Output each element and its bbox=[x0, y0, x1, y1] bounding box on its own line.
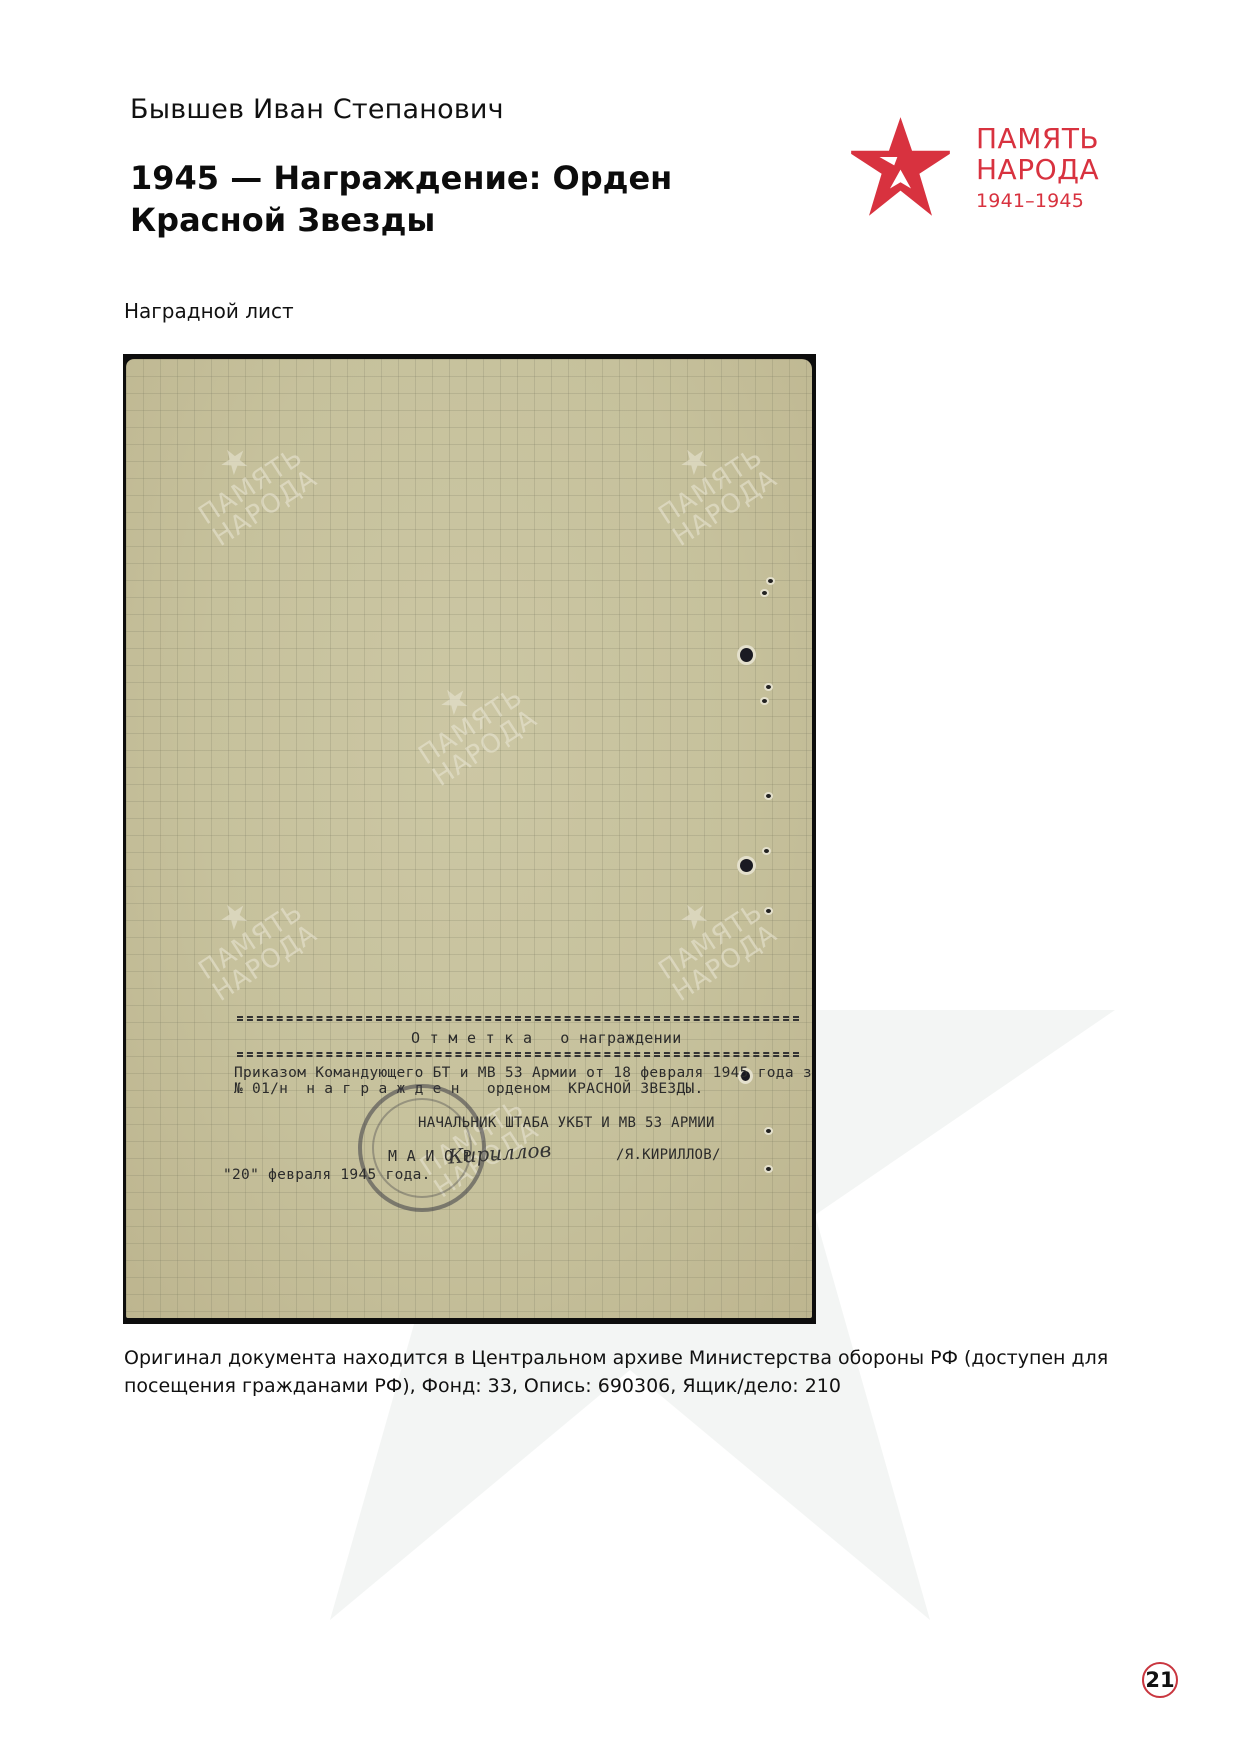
award-note-heading: О т м е т к а о награждении bbox=[411, 1029, 682, 1047]
binder-hole bbox=[766, 909, 771, 913]
binder-hole bbox=[766, 1129, 771, 1133]
logo-text: ПАМЯТЬ НАРОДА 1941–1945 bbox=[976, 123, 1099, 215]
section-label: Наградной лист bbox=[124, 299, 294, 323]
typed-separator bbox=[237, 1052, 799, 1057]
document-watermark: ★ ПАМЯТЬ НАРОДА bbox=[176, 870, 321, 1006]
binder-hole bbox=[766, 1167, 771, 1171]
pamyat-naroda-logo[interactable]: ПАМЯТЬ НАРОДА 1941–1945 bbox=[848, 115, 1128, 220]
archive-source-caption: Оригинал документа находится в Центральн… bbox=[124, 1344, 1124, 1400]
page-title: 1945 — Награждение: Орден Красной Звезды bbox=[130, 157, 750, 241]
signer-name: /Я.КИРИЛЛОВ/ bbox=[616, 1147, 721, 1163]
binder-hole bbox=[766, 685, 771, 689]
binder-hole bbox=[764, 849, 769, 853]
binder-hole bbox=[762, 699, 767, 703]
binder-hole bbox=[740, 859, 753, 872]
binder-hole bbox=[768, 579, 773, 583]
binder-hole bbox=[766, 794, 771, 798]
logo-line-2: НАРОДА bbox=[976, 154, 1099, 185]
document-paper: ★ ПАМЯТЬ НАРОДА ★ ПАМЯТЬ НАРОДА ★ ПАМЯТЬ… bbox=[126, 359, 812, 1318]
binder-hole bbox=[762, 591, 767, 595]
document-date: "20" февраля 1945 года. bbox=[223, 1167, 431, 1183]
binder-hole bbox=[740, 648, 753, 662]
document-watermark: ★ ПАМЯТЬ НАРОДА bbox=[176, 415, 321, 551]
logo-line-1: ПАМЯТЬ bbox=[976, 123, 1099, 154]
document-watermark: ★ ПАМЯТЬ НАРОДА bbox=[396, 655, 541, 791]
document-watermark: ★ ПАМЯТЬ НАРОДА bbox=[636, 415, 781, 551]
typed-separator bbox=[237, 1016, 799, 1021]
award-decoration-line: № 01/н н а г р а ж д е н орденом КРАСНОЙ… bbox=[234, 1081, 704, 1097]
page-number-badge: 21 bbox=[1142, 1662, 1178, 1698]
logo-years: 1941–1945 bbox=[976, 187, 1099, 215]
person-name: Бывшев Иван Степанович bbox=[130, 94, 504, 125]
award-document-scan[interactable]: ★ ПАМЯТЬ НАРОДА ★ ПАМЯТЬ НАРОДА ★ ПАМЯТЬ… bbox=[123, 354, 816, 1324]
award-order-line: Приказом Командующего БТ и МВ 53 Армии о… bbox=[234, 1065, 812, 1081]
signer-position: НАЧАЛЬНИК ШТАБА УКБТ И МВ 53 АРМИИ bbox=[418, 1115, 715, 1131]
document-watermark: ★ ПАМЯТЬ НАРОДА bbox=[636, 870, 781, 1006]
red-star-icon bbox=[848, 115, 953, 220]
